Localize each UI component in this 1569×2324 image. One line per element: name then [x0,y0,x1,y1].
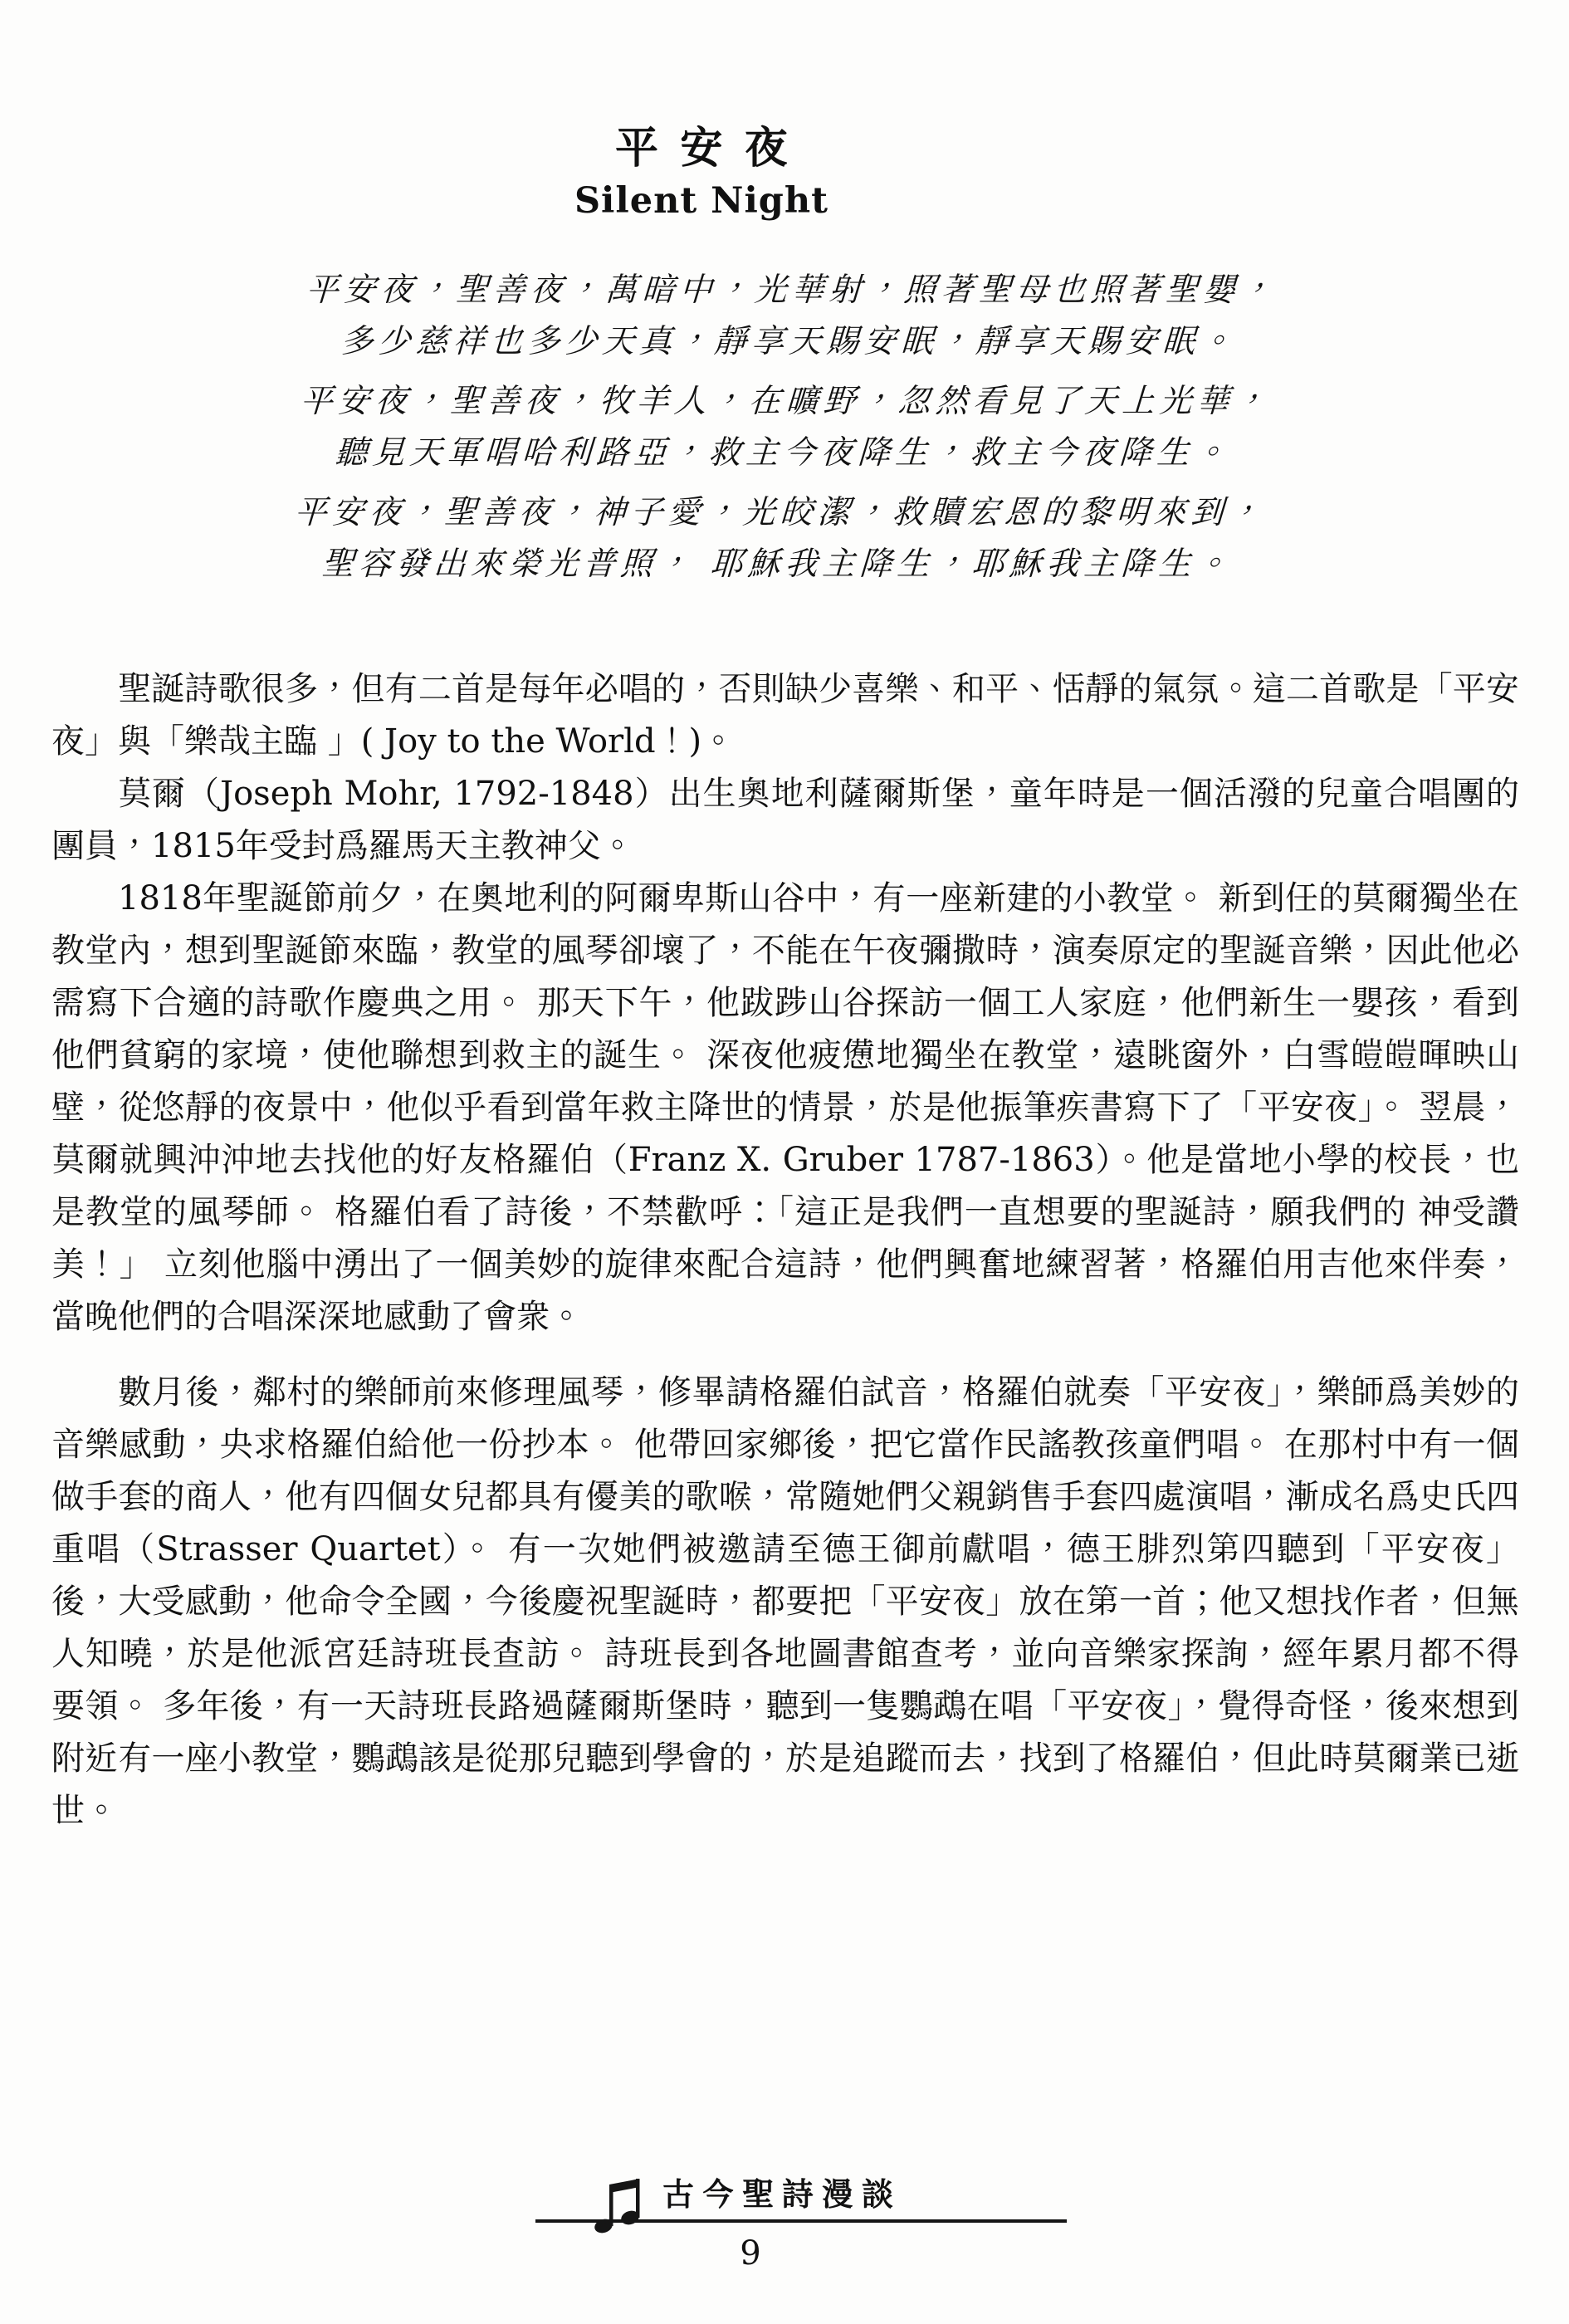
hymn-verse-2: 平安夜，聖善夜，牧羊人，在曠野，忽然看見了天上光華， 聽見天軍唱哈利路亞，救主今… [0,376,1569,479]
hymn-verse-1: 平安夜，聖善夜，萬暗中，光華射，照著聖母也照著聖嬰， 多少慈祥也多少天真，靜享天… [3,265,1569,368]
hymn-lyrics: 平安夜，聖善夜，萬暗中，光華射，照著聖母也照著聖嬰， 多少慈祥也多少天真，靜享天… [0,265,1569,590]
document-header: 平安夜 Silent Night [0,0,1486,222]
footer-rule: 古今聖詩漫談 [535,2176,1067,2223]
verse-line: 平安夜，聖善夜，牧羊人，在曠野，忽然看見了天上光華， [0,376,1569,428]
verse-line: 平安夜，聖善夜，萬暗中，光華射，照著聖母也照著聖嬰， [6,265,1569,316]
verse-line: 聽見天軍唱哈利路亞，救主今夜降生，救主今夜降生。 [0,428,1569,479]
paragraph-spread-story: 數月後，鄰村的樂師前來修理風琴，修畢請格羅伯試音，格羅伯就奏「平安夜」，樂師爲美… [51,1367,1519,1837]
paragraph-1818-story: 1818年聖誕節前夕，在奧地利的阿爾卑斯山谷中，有一座新建的小教堂。 新到任的莫… [51,873,1519,1343]
verse-line: 多少慈祥也多少天真，靜享天賜安眠，靜享天賜安眠。 [3,316,1569,368]
paragraph-intro: 聖誕詩歌很多，但有二首是每年必唱的，否則缺少喜樂、和平、恬靜的氣氛。這二首歌是「… [51,663,1519,768]
page-footer: 古今聖詩漫談 9 [535,2176,1067,2273]
verse-line: 平安夜，聖善夜，神子愛，光皎潔，救贖宏恩的黎明來到， [0,487,1566,539]
document-page: 平安夜 Silent Night 平安夜，聖善夜，萬暗中，光華射，照著聖母也照著… [0,0,1569,2324]
paragraph-mohr-bio: 莫爾（Joseph Mohr, 1792-1848）出生奧地利薩爾斯堡，童年時是… [51,768,1519,873]
page-title: 平安夜 [0,125,1486,172]
article-body: 聖誕詩歌很多，但有二首是每年必唱的，否則缺少喜樂、和平、恬靜的氣氛。這二首歌是「… [51,663,1519,1837]
page-subtitle: Silent Night [0,180,1486,222]
footer-series-title: 古今聖詩漫談 [662,2169,902,2214]
page-number: 9 [486,2234,1017,2273]
verse-line: 聖容發出來榮光普照， 耶穌我主降生，耶穌我主降生。 [0,539,1563,590]
eighth-notes-icon [592,2173,648,2239]
hymn-verse-3: 平安夜，聖善夜，神子愛，光皎潔，救贖宏恩的黎明來到， 聖容發出來榮光普照， 耶穌… [0,487,1566,590]
